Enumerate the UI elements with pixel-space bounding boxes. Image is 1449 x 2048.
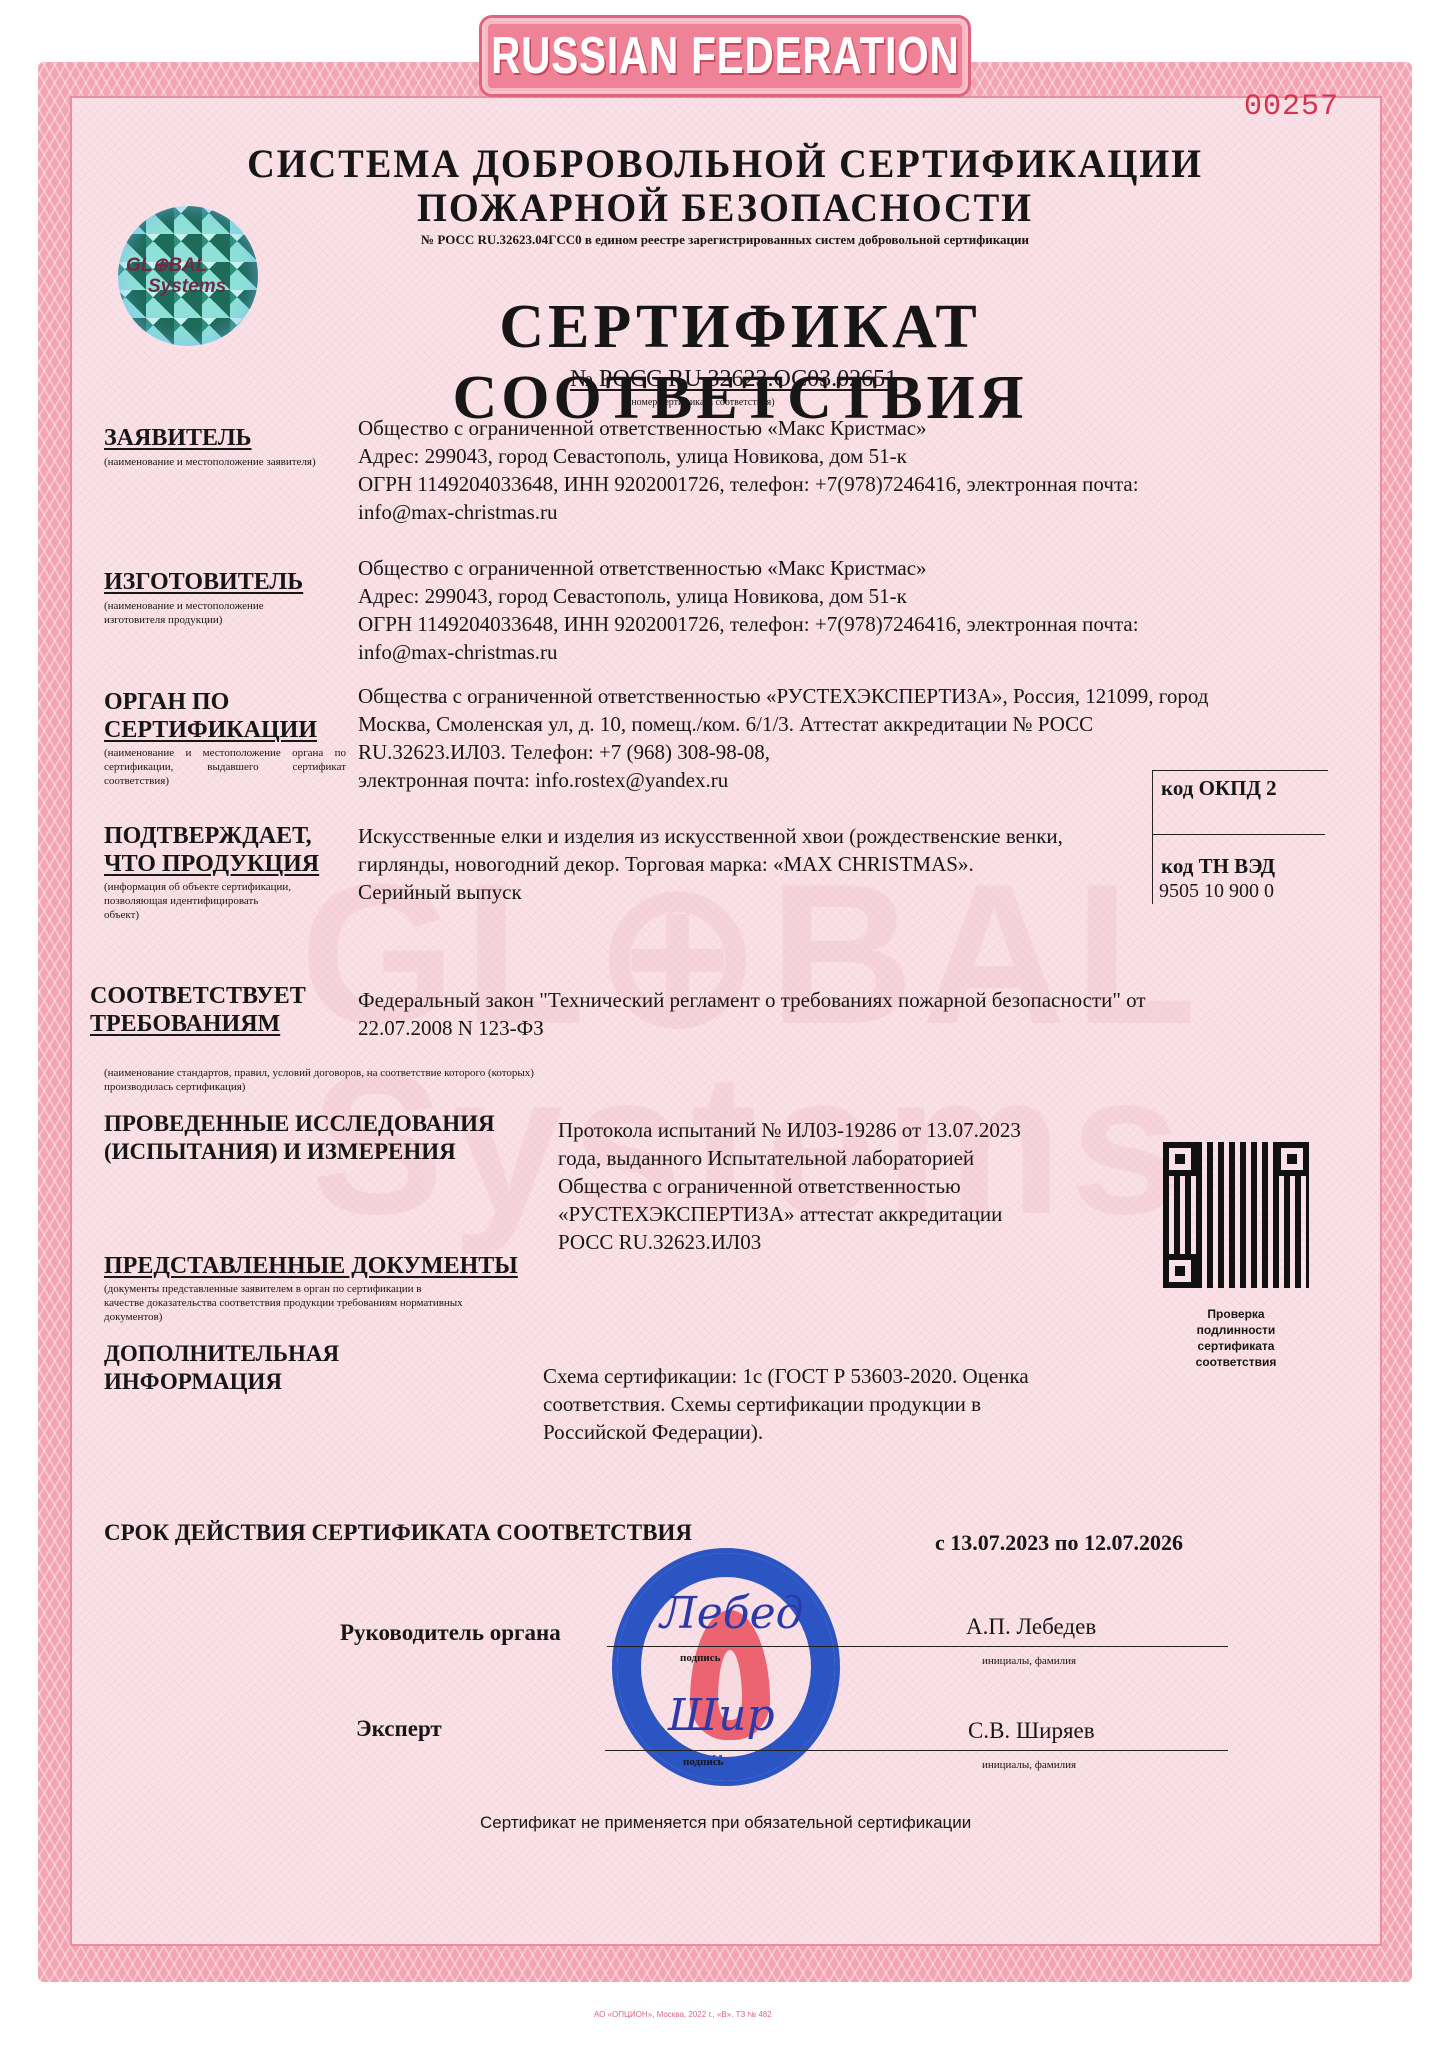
tests-line: «РУСТЕХЭКСПЕРТИЗА» аттестат аккредитации <box>558 1200 1021 1228</box>
additional-info-label: ДОПОЛНИТЕЛЬНАЯ ИНФОРМАЦИЯ <box>104 1340 339 1396</box>
expert-name-caption: инициалы, фамилия <box>982 1759 1076 1771</box>
system-registry-note: № РОСС RU.32623.04ГСС0 в едином реестре … <box>200 232 1250 248</box>
product-line: Серийный выпуск <box>358 878 1063 906</box>
hologram-text: GL⊕BAL <box>126 254 207 277</box>
additional-info-line: соответствия. Схемы сертификации продукц… <box>543 1390 1029 1418</box>
applicant-line: Общество с ограниченной ответственностью… <box>358 414 1139 442</box>
certification-body-line: Москва, Смоленская ул, д. 10, помещ./ком… <box>358 710 1208 738</box>
certificate-number-caption: (номер сертификата соответствия) <box>628 397 775 408</box>
expert-signature: Шир <box>668 1690 775 1741</box>
head-name: А.П. Лебедев <box>966 1614 1096 1640</box>
applicant-caption: (наименование и местоположение заявителя… <box>104 455 324 469</box>
requirements-line: 22.07.2008 N 123-ФЗ <box>358 1014 1146 1042</box>
applicant-line: Адрес: 299043, город Севастополь, улица … <box>358 442 1139 470</box>
hologram-text: Systems <box>148 276 226 298</box>
certificate-title: СЕРТИФИКАТ СООТВЕТСТВИЯ <box>240 292 1240 434</box>
product-label: ПОДТВЕРЖДАЕТ, ЧТО ПРОДУКЦИЯ <box>104 822 319 878</box>
product-details: Искусственные елки и изделия из искусств… <box>358 822 1063 906</box>
additional-info-details: Схема сертификации: 1с (ГОСТ Р 53603-202… <box>543 1362 1029 1446</box>
expert-name: С.В. Ширяев <box>968 1718 1095 1744</box>
system-title-line: ПОЖАРНОЙ БЕЗОПАСНОСТИ <box>202 186 1248 230</box>
certification-body-label: ОРГАН ПО СЕРТИФИКАЦИИ <box>104 688 317 744</box>
certification-body-line: Общества с ограниченной ответственностью… <box>358 682 1208 710</box>
certification-body-line: электронная почта: info.rostex@yandex.ru <box>358 766 1208 794</box>
applicant-details: Общество с ограниченной ответственностью… <box>358 414 1139 526</box>
tnved-code-value: 9505 10 900 0 <box>1159 880 1274 903</box>
certification-body-line: RU.32623.ИЛ03. Телефон: +7 (968) 308-98-… <box>358 738 1208 766</box>
banner-text: RUSSIAN FEDERATION <box>491 26 959 86</box>
qr-code-icon[interactable] <box>1163 1142 1309 1288</box>
okpd2-code-label: код ОКПД 2 <box>1161 776 1277 801</box>
tests-line: года, выданного Испытательной лаборатори… <box>558 1144 1021 1172</box>
manufacturer-details: Общество с ограниченной ответственностью… <box>358 554 1139 666</box>
certificate-number: № РОСС RU.32623.ОС03.02651 <box>570 366 897 393</box>
head-role-label: Руководитель органа <box>340 1620 561 1646</box>
documents-label: ПРЕДСТАВЛЕННЫЕ ДОКУМЕНТЫ <box>104 1252 518 1280</box>
manufacturer-line: Общество с ограниченной ответственностью… <box>358 554 1139 582</box>
requirements-line: Федеральный закон "Технический регламент… <box>358 986 1146 1014</box>
head-signature-caption: подпись <box>680 1652 720 1664</box>
tests-line: РОСС RU.32623.ИЛ03 <box>558 1228 1021 1256</box>
expert-role-label: Эксперт <box>356 1716 442 1742</box>
voluntary-notice: Сертификат не применяется при обязательн… <box>480 1813 971 1833</box>
certification-body-details: Общества с ограниченной ответственностью… <box>358 682 1208 794</box>
expert-signature-line <box>605 1750 1228 1751</box>
head-name-caption: инициалы, фамилия <box>982 1655 1076 1667</box>
tests-line: Общества с ограниченной ответственностью <box>558 1172 1021 1200</box>
manufacturer-label: ИЗГОТОВИТЕЛЬ <box>104 568 303 596</box>
certification-body-caption: (наименование и местоположение органа по… <box>104 746 346 788</box>
applicant-label: ЗАЯВИТЕЛЬ <box>104 424 251 452</box>
expert-signature-caption: подпись <box>683 1756 723 1768</box>
product-line: гирлянды, новогодний декор. Торговая мар… <box>358 850 1063 878</box>
head-signature: Лебед <box>660 1588 804 1639</box>
product-codes-box: код ОКПД 2 код ТН ВЭД 9505 10 900 0 <box>1152 770 1327 904</box>
requirements-caption: (наименование стандартов, правил, услови… <box>104 1066 534 1094</box>
hologram-sticker-icon: GL⊕BAL Systems <box>118 206 258 346</box>
system-title: СИСТЕМА ДОБРОВОЛЬНОЙ СЕРТИФИКАЦИИ ПОЖАРН… <box>202 142 1248 230</box>
system-title-line: СИСТЕМА ДОБРОВОЛЬНОЙ СЕРТИФИКАЦИИ <box>202 142 1248 186</box>
manufacturer-caption: (наименование и местоположение изготовит… <box>104 599 324 627</box>
additional-info-line: Российской Федерации). <box>543 1418 1029 1446</box>
product-line: Искусственные елки и изделия из искусств… <box>358 822 1063 850</box>
printer-imprint: АО «ОПЦИОН», Москва, 2022 г., «В». ТЗ № … <box>594 2010 772 2019</box>
form-serial-number: 00257 <box>1244 90 1339 124</box>
manufacturer-line: info@max-christmas.ru <box>358 638 1139 666</box>
applicant-line: ОГРН 1149204033648, ИНН 9202001726, теле… <box>358 470 1139 498</box>
applicant-line: info@max-christmas.ru <box>358 498 1139 526</box>
validity-period: с 13.07.2023 по 12.07.2026 <box>935 1530 1183 1556</box>
head-signature-line <box>607 1646 1228 1647</box>
product-caption: (информация об объекте сертификации, поз… <box>104 880 294 922</box>
additional-info-line: Схема сертификации: 1с (ГОСТ Р 53603-202… <box>543 1362 1029 1390</box>
manufacturer-line: Адрес: 299043, город Севастополь, улица … <box>358 582 1139 610</box>
tests-label: ПРОВЕДЕННЫЕ ИССЛЕДОВАНИЯ (ИСПЫТАНИЯ) И И… <box>104 1110 495 1166</box>
russian-federation-banner: RUSSIAN FEDERATION <box>482 18 968 94</box>
documents-caption: (документы представленные заявителем в о… <box>104 1282 464 1324</box>
manufacturer-line: ОГРН 1149204033648, ИНН 9202001726, теле… <box>358 610 1139 638</box>
tnved-code-label: код ТН ВЭД <box>1161 854 1275 879</box>
tests-details: Протокола испытаний № ИЛ03-19286 от 13.0… <box>558 1116 1021 1256</box>
requirements-label: СООТВЕТСТВУЕТ ТРЕБОВАНИЯМ <box>90 982 306 1038</box>
requirements-details: Федеральный закон "Технический регламент… <box>358 986 1146 1042</box>
validity-label: СРОК ДЕЙСТВИЯ СЕРТИФИКАТА СООТВЕТСТВИЯ <box>104 1520 692 1546</box>
qr-verification-caption: Проверка подлинности сертификата соответ… <box>1170 1306 1302 1370</box>
tests-line: Протокола испытаний № ИЛ03-19286 от 13.0… <box>558 1116 1021 1144</box>
